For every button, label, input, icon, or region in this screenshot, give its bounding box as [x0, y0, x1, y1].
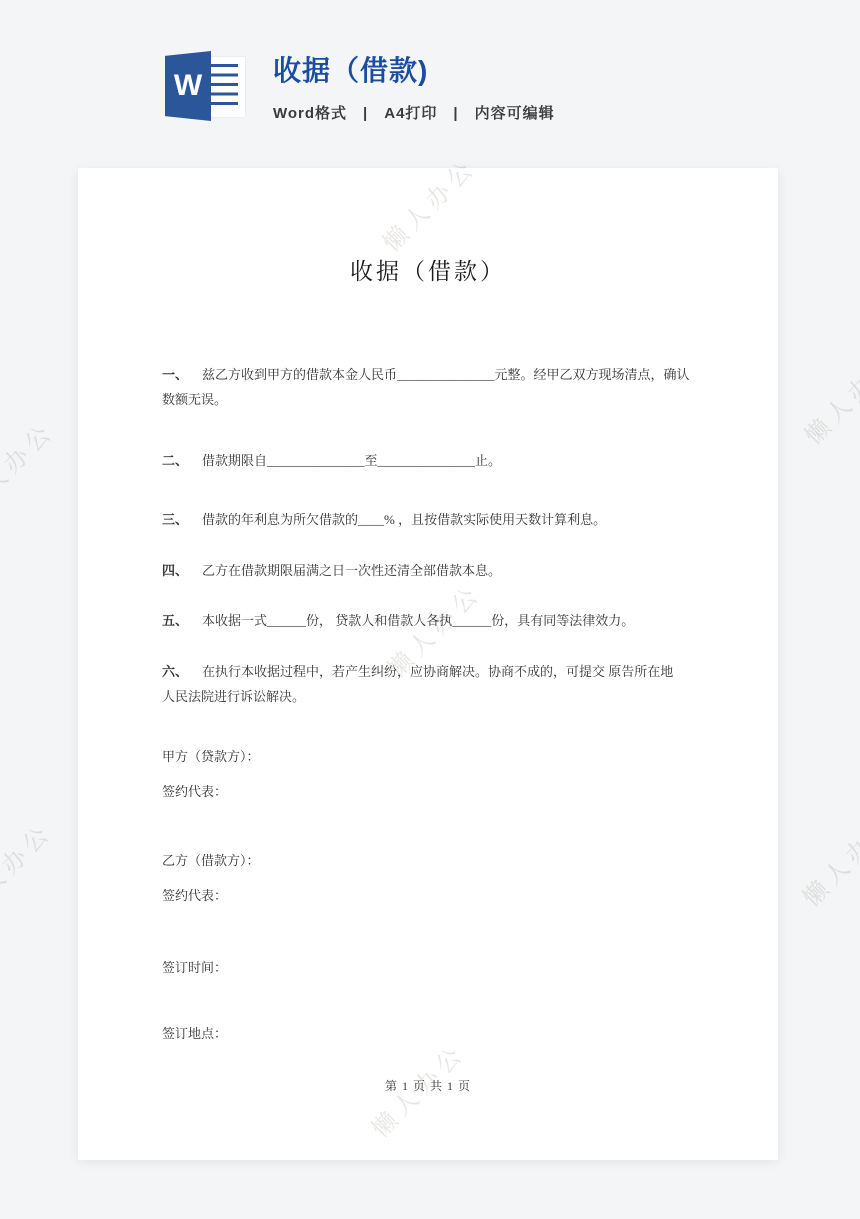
clause-6-text: 在执行本收据过程中，若产生纠纷，应协商解决。协商不成的，可提交 原告所在地 人民…: [162, 664, 686, 704]
document-page: 收据（借款） 一、兹乙方收到甲方的借款本金人民币_______________元…: [78, 168, 778, 1160]
word-icon: W: [163, 50, 247, 122]
clause-2-number: 二、: [162, 453, 188, 468]
template-subtitle: Word格式 | A4打印 | 内容可编辑: [273, 102, 555, 123]
document-title: 收据（借款）: [162, 256, 694, 288]
clause-1-number: 一、: [162, 367, 188, 382]
clause-1: 一、兹乙方收到甲方的借款本金人民币_______________元整。经甲乙双方…: [162, 362, 694, 412]
clause-3-number: 三、: [162, 512, 188, 527]
watermark: 懒人办公: [793, 803, 860, 913]
clause-5: 五、本收据一式______份， 贷款人和借款人各执______份，具有同等法律效…: [162, 608, 694, 633]
page-number-footer: 第 1 页 共 1 页: [162, 1076, 694, 1096]
party-a-representative-label: 签约代表：: [162, 779, 694, 804]
clause-6-number: 六、: [162, 664, 188, 679]
clause-2: 二、借款期限自_______________至_______________止。: [162, 448, 694, 473]
party-b-label: 乙方（借款方）：: [162, 848, 694, 873]
party-b-representative-label: 签约代表：: [162, 883, 694, 908]
header: W 收据（借款) Word格式 | A4打印 | 内容可编辑: [163, 50, 555, 123]
word-w-panel-icon: W: [165, 51, 211, 121]
header-text: 收据（借款) Word格式 | A4打印 | 内容可编辑: [273, 50, 555, 123]
watermark: 懒人办公: [795, 341, 860, 451]
clause-2-text: 借款期限自_______________至_______________止。: [202, 453, 501, 468]
watermark: 懒人办公: [0, 412, 61, 522]
watermark: 懒人办公: [0, 813, 59, 923]
clause-4-number: 四、: [162, 563, 188, 578]
template-title: 收据（借款): [273, 54, 555, 88]
party-a-label: 甲方（贷款方）：: [162, 744, 694, 769]
word-icon-letter: W: [174, 69, 202, 103]
clause-4: 四、乙方在借款期限届满之日一次性还清全部借款本息。: [162, 558, 694, 583]
template-preview-page: W 收据（借款) Word格式 | A4打印 | 内容可编辑 收据（借款） 一、…: [0, 0, 860, 1219]
clause-3-text: 借款的年利息为所欠借款的____% ，且按借款实际使用天数计算利息。: [202, 512, 606, 527]
clause-1-text: 兹乙方收到甲方的借款本金人民币_______________元整。经甲乙双方现场…: [162, 367, 690, 407]
clause-6: 六、在执行本收据过程中，若产生纠纷，应协商解决。协商不成的，可提交 原告所在地 …: [162, 659, 694, 709]
clause-5-number: 五、: [162, 613, 188, 628]
clause-3: 三、借款的年利息为所欠借款的____% ，且按借款实际使用天数计算利息。: [162, 507, 694, 532]
clause-5-text: 本收据一式______份， 贷款人和借款人各执______份，具有同等法律效力。: [202, 613, 634, 628]
sign-place-label: 签订地点：: [162, 1021, 694, 1046]
sign-time-label: 签订时间：: [162, 955, 694, 980]
clause-4-text: 乙方在借款期限届满之日一次性还清全部借款本息。: [202, 563, 501, 578]
